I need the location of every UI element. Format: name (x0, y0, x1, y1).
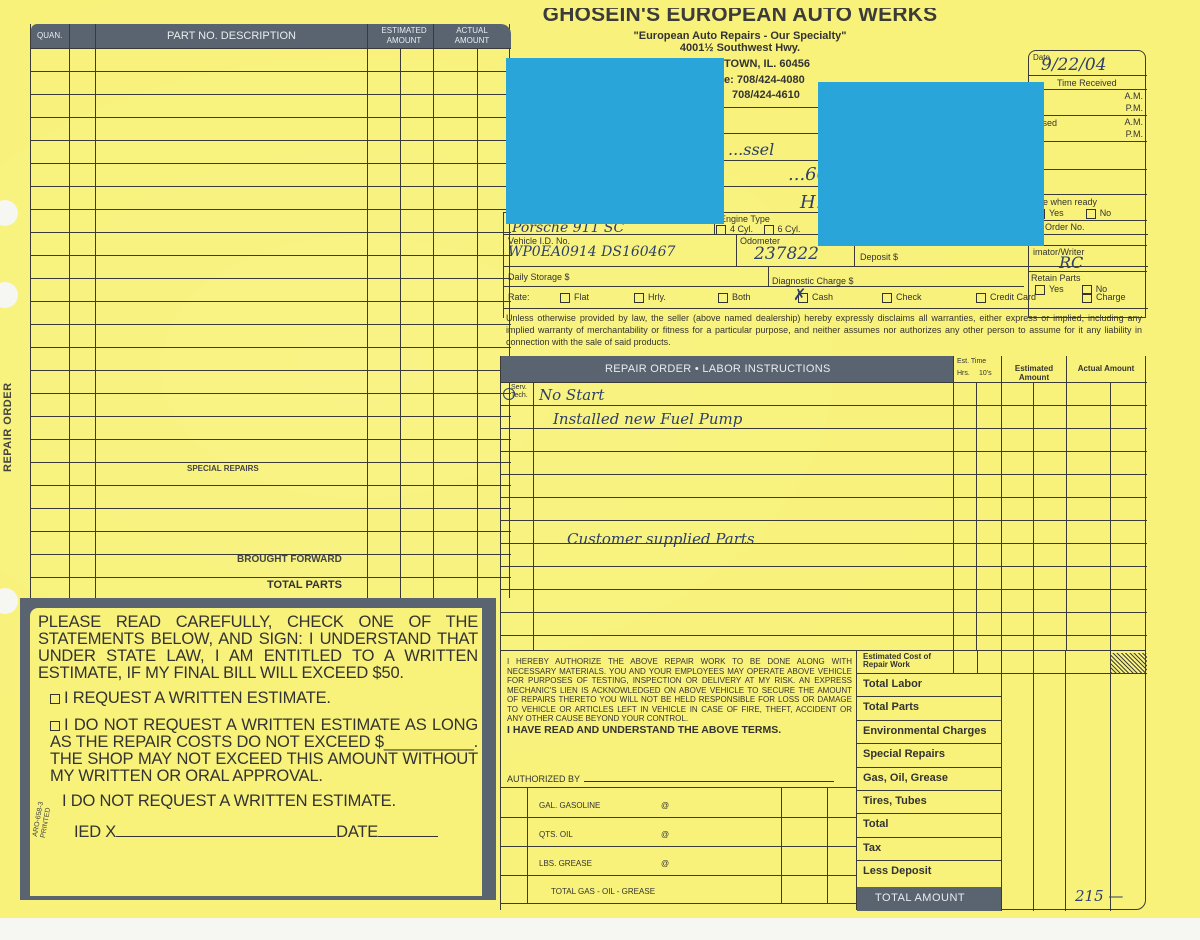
hatched-cell (1111, 653, 1147, 673)
parts-row-line (31, 531, 511, 532)
checkbox[interactable] (50, 694, 60, 704)
parts-row-line (31, 370, 511, 371)
customer-name-handwritten: ...ssel (728, 140, 774, 159)
retain-parts-options: YesNo (1035, 284, 1107, 295)
labor-line-2[interactable]: Installed new Fuel Pump (553, 410, 742, 428)
parts-row-line (31, 393, 511, 394)
parts-row-line (31, 278, 511, 279)
parts-row-line (31, 232, 511, 233)
estimate-notice: PLEASE READ CAREFULLY, CHECK ONE OF THE … (30, 608, 482, 896)
total-parts-label: TOTAL PARTS (267, 579, 342, 591)
header-actual: ACTUAL AMOUNT (441, 26, 503, 46)
totals-row: Environmental Charges (857, 720, 1001, 743)
total-amount-value[interactable]: 215 — (1075, 887, 1123, 905)
totals-row: Total Parts (857, 696, 1001, 719)
authorization-bold: I HAVE READ AND UNDERSTAND THE ABOVE TER… (501, 724, 856, 736)
totals-row: Total (857, 813, 1001, 836)
date-value[interactable]: 9/22/04 (1041, 55, 1107, 75)
diagnostic-charge-label: Diagnostic Charge $ (772, 276, 854, 286)
labor-row-line (501, 635, 1147, 636)
parts-row-line (31, 324, 511, 325)
shop-name: GHOSEIN'S EUROPEAN AUTO WERKS (520, 8, 960, 26)
shop-city: TOWN, IL. 60456 (724, 58, 810, 70)
labor-row-line (501, 405, 1147, 406)
checkbox-both[interactable] (718, 293, 728, 303)
labor-line-7[interactable]: Customer supplied Parts (567, 530, 755, 548)
option-request-estimate[interactable]: I REQUEST A WRITTEN ESTIMATE. (38, 690, 478, 707)
parts-row-line (31, 301, 511, 302)
totals-row: Tires, Tubes (857, 790, 1001, 813)
header-quan: QUAN. (37, 31, 62, 40)
labor-row-line (501, 612, 1147, 613)
shop-address: 4001½ Southwest Hwy. (520, 42, 960, 54)
actual-amount-header: Actual Amount (1069, 364, 1143, 373)
totals-row: Total Labor (857, 673, 1001, 696)
parts-row-line (31, 163, 511, 164)
shop-phone: e: 708/424-4080 (724, 74, 805, 86)
notice-intro: PLEASE READ CAREFULLY, CHECK ONE OF THE … (38, 614, 478, 682)
checkbox-check[interactable] (882, 293, 892, 303)
repair-order-form: REPAIR ORDER QUAN. PART NO. DESCRIPTION … (0, 0, 1200, 918)
labor-row-line (501, 566, 1147, 567)
parts-row-line (31, 48, 511, 49)
parts-row-line (31, 94, 511, 95)
parts-table-header: QUAN. PART NO. DESCRIPTION ESTIMATED AMO… (31, 24, 511, 48)
totals-block: Estimated Cost of Repair Work Total Labo… (856, 650, 1146, 910)
parts-row-line (31, 416, 511, 417)
parts-row-line (31, 347, 511, 348)
labor-table: REPAIR ORDER • LABOR INSTRUCTIONS Est. T… (500, 356, 1146, 650)
lbs-grease-label: LBS. GREASE (539, 859, 592, 868)
checkbox-credit-card[interactable] (976, 293, 986, 303)
time-received-label: Time Received (1057, 78, 1117, 88)
option-no-estimate[interactable]: I DO NOT REQUEST A WRITTEN ESTIMATE. (38, 793, 478, 810)
parts-row-line (31, 255, 511, 256)
authorization-block: I HEREBY AUTHORIZE THE ABOVE REPAIR WORK… (500, 650, 856, 910)
daily-storage-label: Daily Storage $ (508, 272, 570, 282)
labor-row-line (501, 520, 1147, 521)
retain-parts-label: Retain Parts (1031, 273, 1081, 283)
parts-row-line (31, 577, 511, 578)
total-amount-label-cell: TOTAL AMOUNT (857, 887, 1001, 911)
totals-row: Less Deposit (857, 860, 1001, 883)
odometer-value[interactable]: 237822 (754, 244, 819, 264)
gal-gasoline-label: GAL. GASOLINE (539, 801, 600, 810)
totals-rows: Total LaborTotal PartsEnvironmental Char… (857, 673, 1001, 911)
parts-row-line (31, 186, 511, 187)
redaction-block (818, 82, 1044, 246)
brought-forward-label: BROUGHT FORWARD (237, 554, 342, 565)
totals-row: Special Repairs (857, 743, 1001, 766)
checkbox[interactable] (50, 721, 60, 731)
engine-type-label: Engine Type (720, 214, 770, 224)
checkbox-flat[interactable] (560, 293, 570, 303)
estimated-amount-header: Estimated Amount (1003, 364, 1065, 382)
header-estimated: ESTIMATED AMOUNT (373, 26, 435, 46)
checkbox-no[interactable] (1082, 285, 1092, 295)
authorization-text: I HEREBY AUTHORIZE THE ABOVE REPAIR WORK… (501, 651, 856, 724)
header-description: PART NO. DESCRIPTION (167, 30, 296, 42)
deposit-label: Deposit $ (860, 252, 898, 262)
shop-slogan: "European Auto Repairs - Our Specialty" (520, 30, 960, 42)
labor-row-line (501, 382, 1147, 383)
parts-row-line (31, 140, 511, 141)
checkbox-yes[interactable] (1035, 285, 1045, 295)
estimated-cost-label: Estimated Cost of Repair Work (863, 653, 953, 669)
parts-row-line (31, 117, 511, 118)
phone-when-ready-options: YesNo (1035, 208, 1111, 219)
labor-row-line (501, 474, 1147, 475)
estimator-value: RC (1059, 253, 1083, 272)
parts-row-line (31, 71, 511, 72)
signature-line[interactable]: IED XDATE (38, 824, 478, 841)
parts-row-line (31, 508, 511, 509)
option-limit-amount[interactable]: I DO NOT REQUEST A WRITTEN ESTIMATE AS L… (38, 717, 478, 785)
binder-hole (0, 588, 18, 614)
parts-row-line (31, 485, 511, 486)
total-gas-oil-grease-label: TOTAL GAS - OIL - GREASE (551, 887, 655, 896)
checkbox-no[interactable] (1086, 209, 1096, 219)
qts-oil-label: QTS. OIL (539, 830, 573, 839)
authorized-by-line[interactable]: AUTHORIZED BY (507, 774, 834, 784)
parts-row-line (31, 209, 511, 210)
labor-row-line (501, 428, 1147, 429)
special-repairs-label: SPECIAL REPAIRS (187, 464, 259, 473)
side-label: REPAIR ORDER (0, 392, 16, 472)
binder-hole (0, 200, 18, 226)
totals-row: Tax (857, 837, 1001, 860)
shop-fax: 708/424-4610 (732, 89, 800, 101)
checkbox-hourly[interactable] (634, 293, 644, 303)
totals-row: Gas, Oil, Grease (857, 767, 1001, 790)
vin-value[interactable]: WP0EA0914 DS160467 (508, 244, 675, 260)
parts-row-line (31, 462, 511, 463)
redaction-block (506, 58, 724, 224)
labor-row-line (501, 589, 1147, 590)
binder-hole (0, 282, 18, 308)
shop-header: GHOSEIN'S EUROPEAN AUTO WERKS "European … (520, 8, 960, 54)
labor-line-1[interactable]: No Start (539, 386, 604, 404)
labor-header: REPAIR ORDER • LABOR INSTRUCTIONS (501, 356, 953, 382)
labor-header-text: REPAIR ORDER • LABOR INSTRUCTIONS (605, 363, 831, 375)
parts-row-line (31, 439, 511, 440)
parts-table: QUAN. PART NO. DESCRIPTION ESTIMATED AMO… (30, 24, 510, 598)
labor-row-line (501, 451, 1147, 452)
right-info-panel: Date 9/22/04 Time Received A.M. P.M. mis… (1028, 50, 1146, 318)
labor-row-line (501, 497, 1147, 498)
checkbox-cash-checked[interactable]: ✗ (798, 293, 808, 303)
